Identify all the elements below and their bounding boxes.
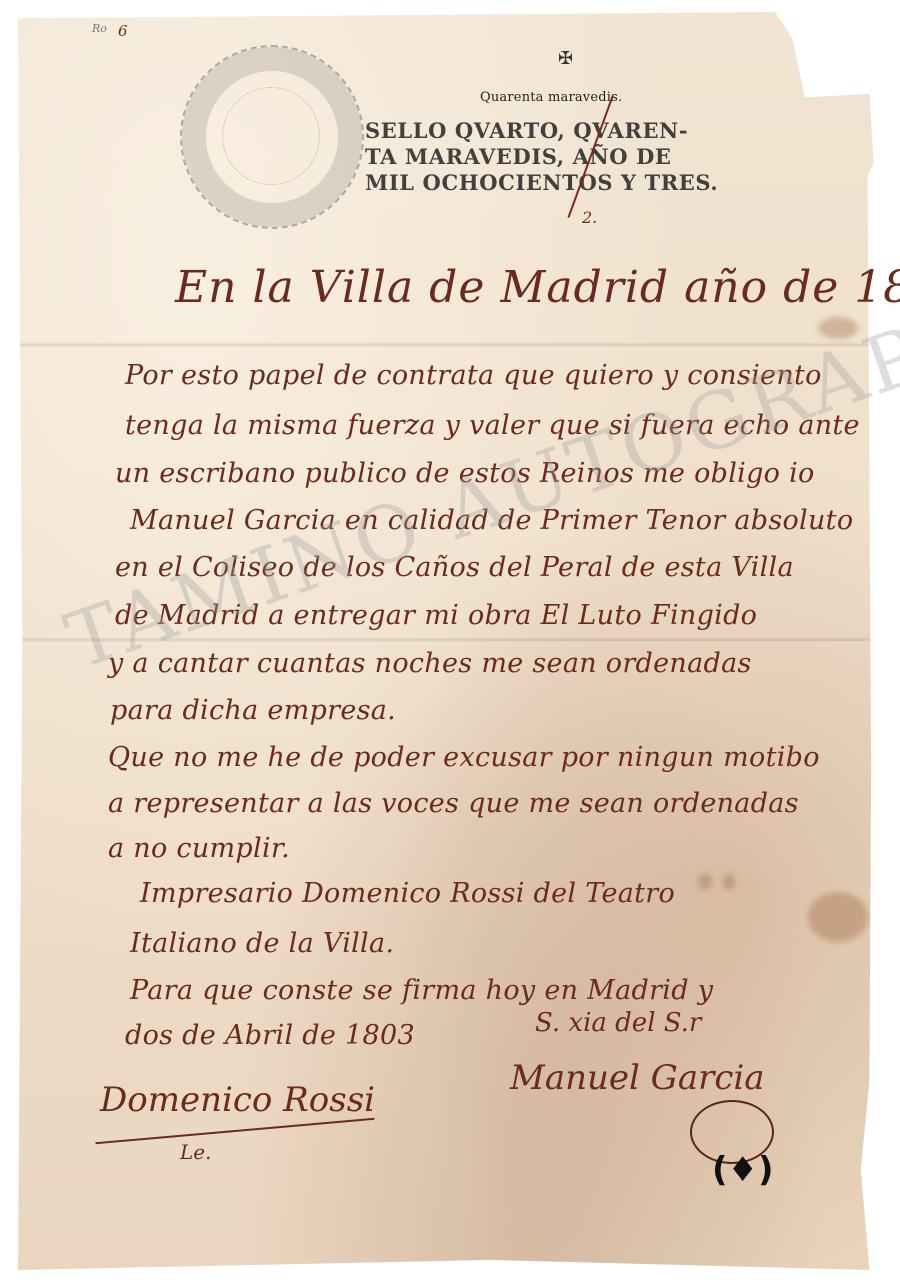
stamp-line: TA MARAVEDIS, AÑO DE [365, 144, 785, 170]
signature-manuel-garcia: Manuel Garcia [510, 1058, 765, 1098]
embossed-seal-icon [180, 45, 364, 229]
document-heading: En la Villa de Madrid año de 1803 [175, 262, 900, 313]
paper-fold-line [18, 637, 878, 643]
folio-number: 6 [118, 22, 128, 40]
stamp-annotation: 2. [582, 208, 597, 227]
seal-inner-ring [222, 87, 320, 185]
ink-mark-icon: (♦) [712, 1150, 774, 1190]
body-line: a no cumplir. [108, 833, 290, 864]
body-line: para dicha empresa. [110, 695, 396, 726]
paper-stain [698, 874, 712, 890]
body-line: de Madrid a entregar mi obra El Luto Fin… [115, 600, 757, 631]
body-line: Por esto papel de contrata que quiero y … [125, 360, 822, 391]
date-line: dos de Abril de 1803 [125, 1020, 415, 1051]
signature-rossi-suffix: Le. [180, 1140, 211, 1164]
cross-icon: ✠ [558, 48, 573, 69]
body-line: Que no me he de poder excusar por ningun… [108, 742, 820, 773]
body-line: a representar a las voces que me sean or… [108, 788, 799, 819]
signature-label: S. xia del S.r [535, 1008, 701, 1038]
closing-line: Impresario Domenico Rossi del Teatro [140, 878, 675, 909]
body-line: en el Coliseo de los Caños del Peral de … [115, 552, 794, 583]
paper-stain [818, 317, 858, 339]
closing-line: Italiano de la Villa. [130, 928, 394, 959]
body-line: Manuel Garcia en calidad de Primer Tenor… [130, 505, 853, 536]
body-line: y a cantar cuantas noches me sean ordena… [108, 648, 752, 679]
stamp-value-line: Quarenta maravedis. [480, 90, 622, 105]
signature-domenico-rossi: Domenico Rossi [100, 1080, 375, 1120]
stamp-line: SELLO QVARTO, QVAREN- [365, 118, 785, 144]
closing-line: Para que conste se firma hoy en Madrid y [130, 975, 713, 1006]
body-line: un escribano publico de estos Reinos me … [115, 458, 815, 489]
stamp-line: MIL OCHOCIENTOS Y TRES. [365, 170, 785, 196]
paper-stain [723, 874, 735, 890]
paper-stain [808, 892, 868, 942]
folio-mark: Ro [92, 22, 107, 35]
paper-fold-line [18, 342, 878, 348]
body-line: tenga la misma fuerza y valer que si fue… [125, 410, 860, 441]
official-stamp-text: SELLO QVARTO, QVAREN- TA MARAVEDIS, AÑO … [365, 118, 785, 196]
